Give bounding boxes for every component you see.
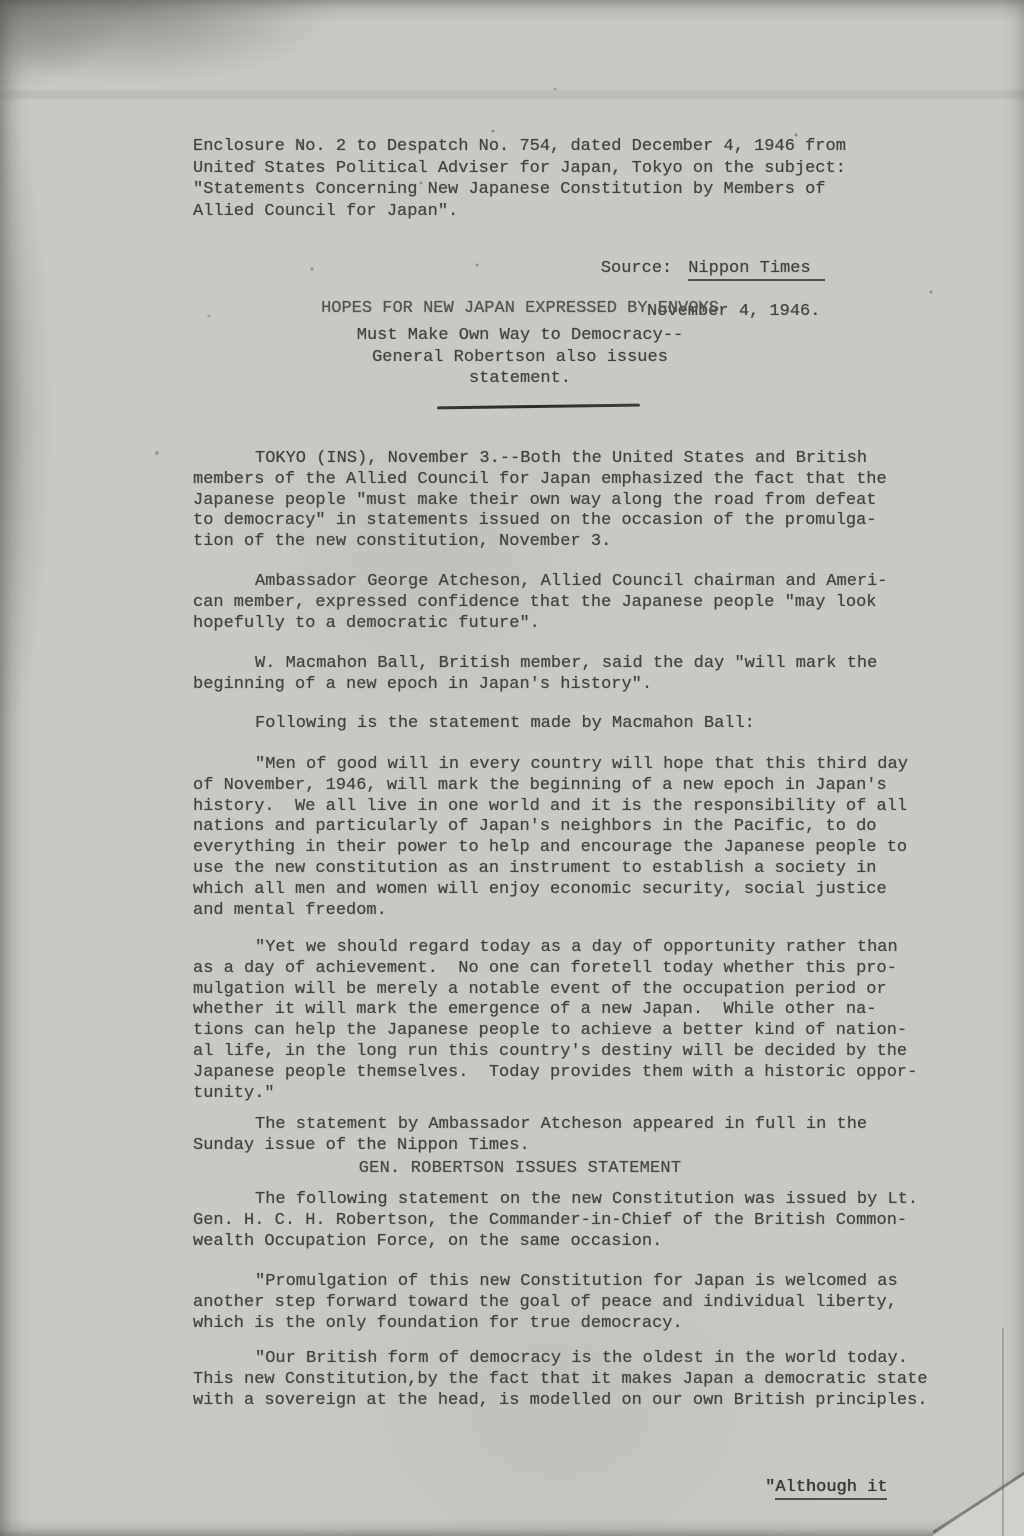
paragraph-robertson-1: "Promulgation of this new Constitution f… bbox=[193, 1272, 985, 1334]
vertical-crease bbox=[1002, 1328, 1004, 1536]
paragraph-robertson-intro: The following statement on the new Const… bbox=[193, 1190, 985, 1252]
scan-specks bbox=[0, 0, 2, 2]
paragraph-atcheson-full: The statement by Ambassador Atcheson app… bbox=[193, 1115, 985, 1157]
section-heading-robertson: GEN. ROBERTSON ISSUES STATEMENT bbox=[163, 1159, 877, 1180]
paragraph-ball-statement-2: "Yet we should regard today as a day of … bbox=[193, 938, 985, 1104]
divider-rule bbox=[437, 404, 640, 410]
catchword-quote: " bbox=[765, 1478, 775, 1497]
paragraph-dateline-lead: TOKYO (INS), November 3.--Both the Unite… bbox=[193, 449, 985, 553]
paragraph-statement-intro: Following is the statement made by Macma… bbox=[193, 714, 985, 735]
article-subhead: Must Make Own Way to Democracy-- General… bbox=[163, 325, 877, 390]
article-headline: HOPES FOR NEW JAPAN EXPRESSED BY ENVOYS bbox=[163, 299, 877, 320]
catchword: "Although it bbox=[765, 1478, 887, 1499]
catchword-text: Although it bbox=[775, 1478, 887, 1500]
paragraph-robertson-2: "Our British form of democracy is the ol… bbox=[193, 1349, 985, 1411]
source-label: Source: bbox=[601, 259, 672, 278]
paragraph-atcheson: Ambassador George Atcheson, Allied Counc… bbox=[193, 572, 985, 634]
enclosure-note: Enclosure No. 2 to Despatch No. 754, dat… bbox=[193, 136, 903, 223]
paragraph-ball-statement-1: "Men of good will in every country will … bbox=[193, 755, 985, 921]
source-publication: Nippon Times bbox=[688, 259, 824, 281]
paragraph-macmahon-ball: W. Macmahon Ball, British member, said t… bbox=[193, 654, 985, 696]
scanned-document-page: Enclosure No. 2 to Despatch No. 754, dat… bbox=[0, 0, 1024, 1536]
